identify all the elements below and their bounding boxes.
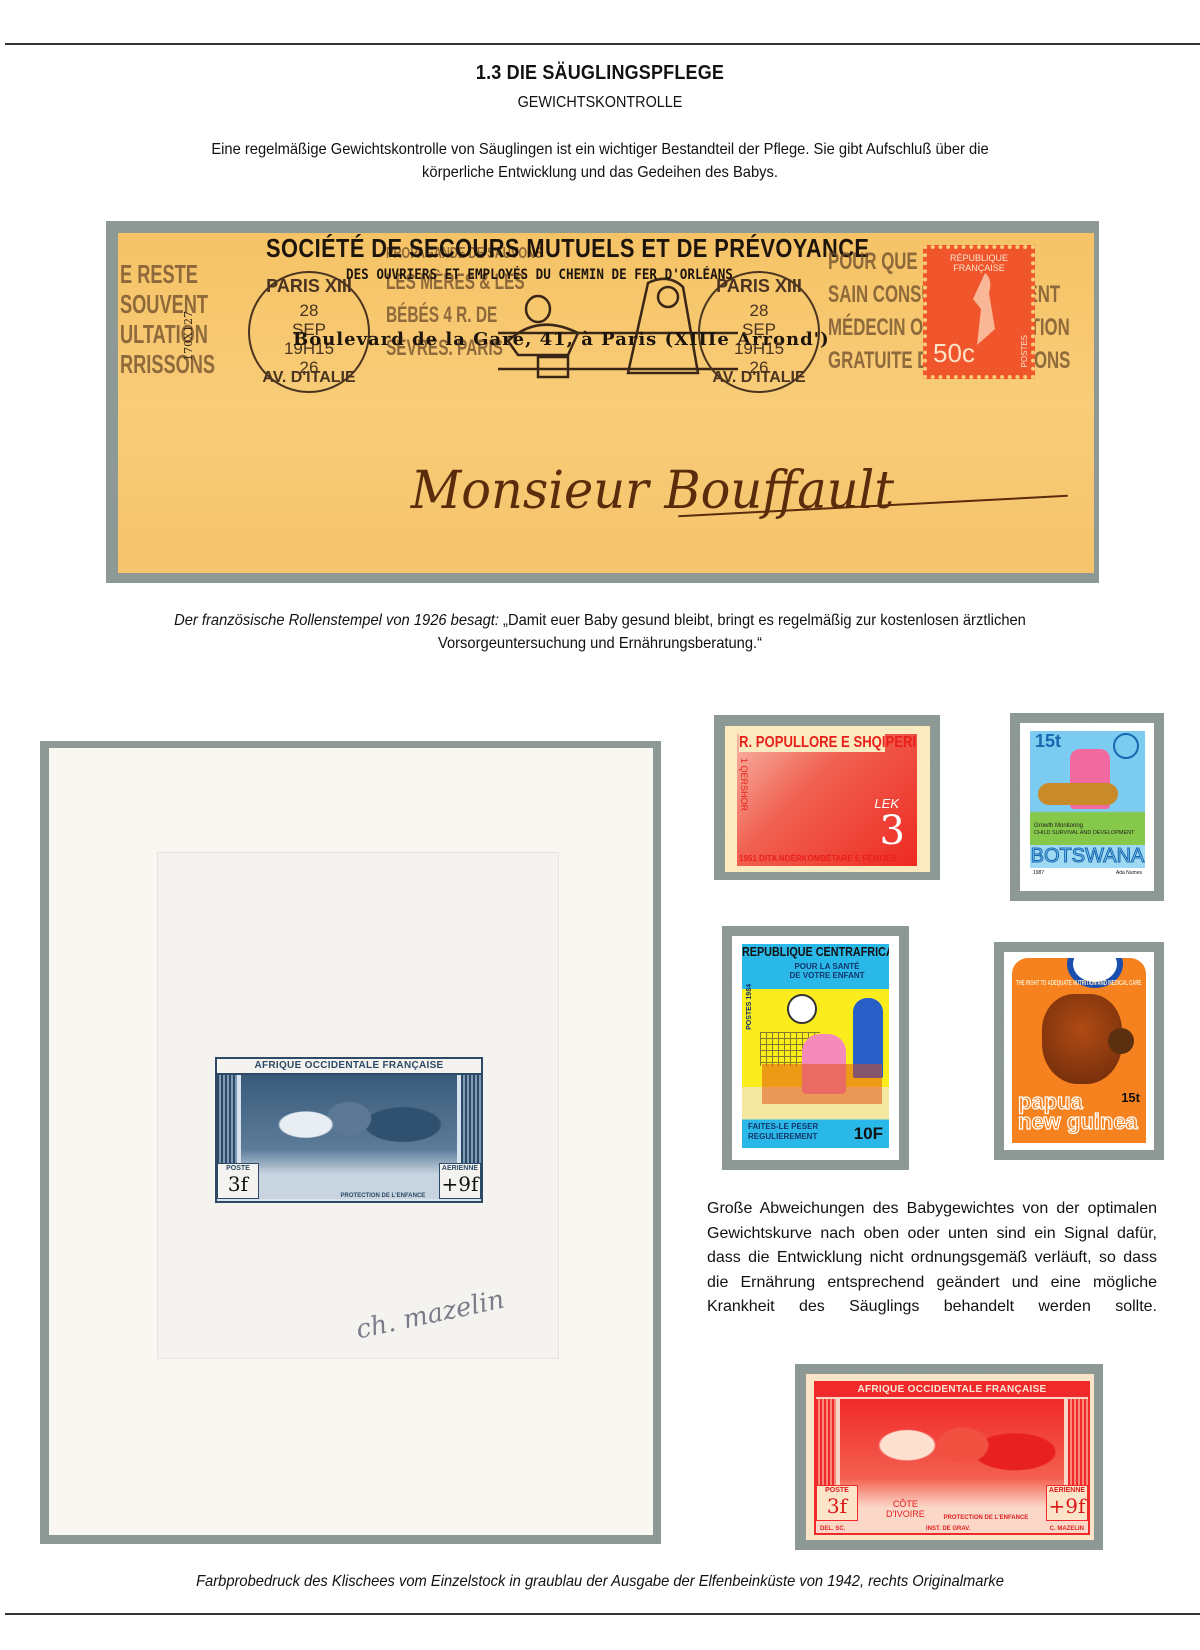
sower-stamp-50c: RÉPUBLIQUE FRANÇAISE 50c POSTES xyxy=(923,245,1035,379)
size-mark: 170X127 xyxy=(182,311,195,361)
intro-text: Eine regelmäßige Gewichtskontrolle von S… xyxy=(168,138,1033,184)
slogan-fragment: E RESTE SOUVENT ULTATION RRISSONS xyxy=(120,259,215,379)
stamp-car: REPUBLIQUE CENTRAFRICAINE POUR LA SANTÉ … xyxy=(742,944,889,1148)
unicef-emblem-icon xyxy=(1113,733,1139,759)
stamp-png: THE RIGHT TO ADEQUATE NUTRITION AND MEDI… xyxy=(1012,958,1146,1143)
recipient-address: Monsieur Bouffault xyxy=(411,461,894,521)
postmark-right: PARIS XIII 28 SEP 19H15 26 AV. D'ITALIE xyxy=(698,271,820,393)
page-subtitle: GEWICHTSKONTROLLE xyxy=(60,94,1140,112)
die-proof-stamp: AFRIQUE OCCIDENTALE FRANÇAISE POSTE 3f A… xyxy=(215,1057,483,1203)
bottom-rule xyxy=(5,1613,1200,1615)
body-paragraph: Große Abweichungen des Babygewichtes von… xyxy=(707,1197,1157,1320)
stamp-albania: R. POPULLORE E SHQIPERISE 1 QERSHOR LEK … xyxy=(737,734,917,866)
stamp-ivory-coast: AFRIQUE OCCIDENTALE FRANÇAISE CÔTE D'IVO… xyxy=(814,1381,1090,1535)
stamp-botswana: 15t Growth Monitoring CHILD SURVIVAL AND… xyxy=(1030,731,1145,877)
unicef-emblem-icon xyxy=(787,994,817,1024)
stamp-albania-title: R. POPULLORE E SHQIPERISE xyxy=(739,734,885,752)
envelope-cover: E RESTE SOUVENT ULTATION RRISSONS 170X12… xyxy=(118,233,1094,573)
page-title: 1.3 DIE SÄUGLINGSPFLEGE xyxy=(60,62,1140,85)
proof-caption: Farbprobedruck des Klischees vom Einzels… xyxy=(122,1570,1079,1593)
sender-name: SOCIÉTÉ DE SECOURS MUTUELS ET DE PRÉVOYA… xyxy=(266,233,869,264)
intro-line: Eine regelmäßige Gewichtskontrolle von S… xyxy=(168,138,1033,161)
top-rule xyxy=(5,43,1200,45)
cover-caption: Der französische Rollenstempel von 1926 … xyxy=(149,609,1051,655)
intro-line: körperliche Entwicklung und das Gedeihen… xyxy=(168,161,1033,184)
sender-line2: DES OUVRIERS ET EMPLOYÉS DU CHEMIN DE FE… xyxy=(346,267,733,283)
